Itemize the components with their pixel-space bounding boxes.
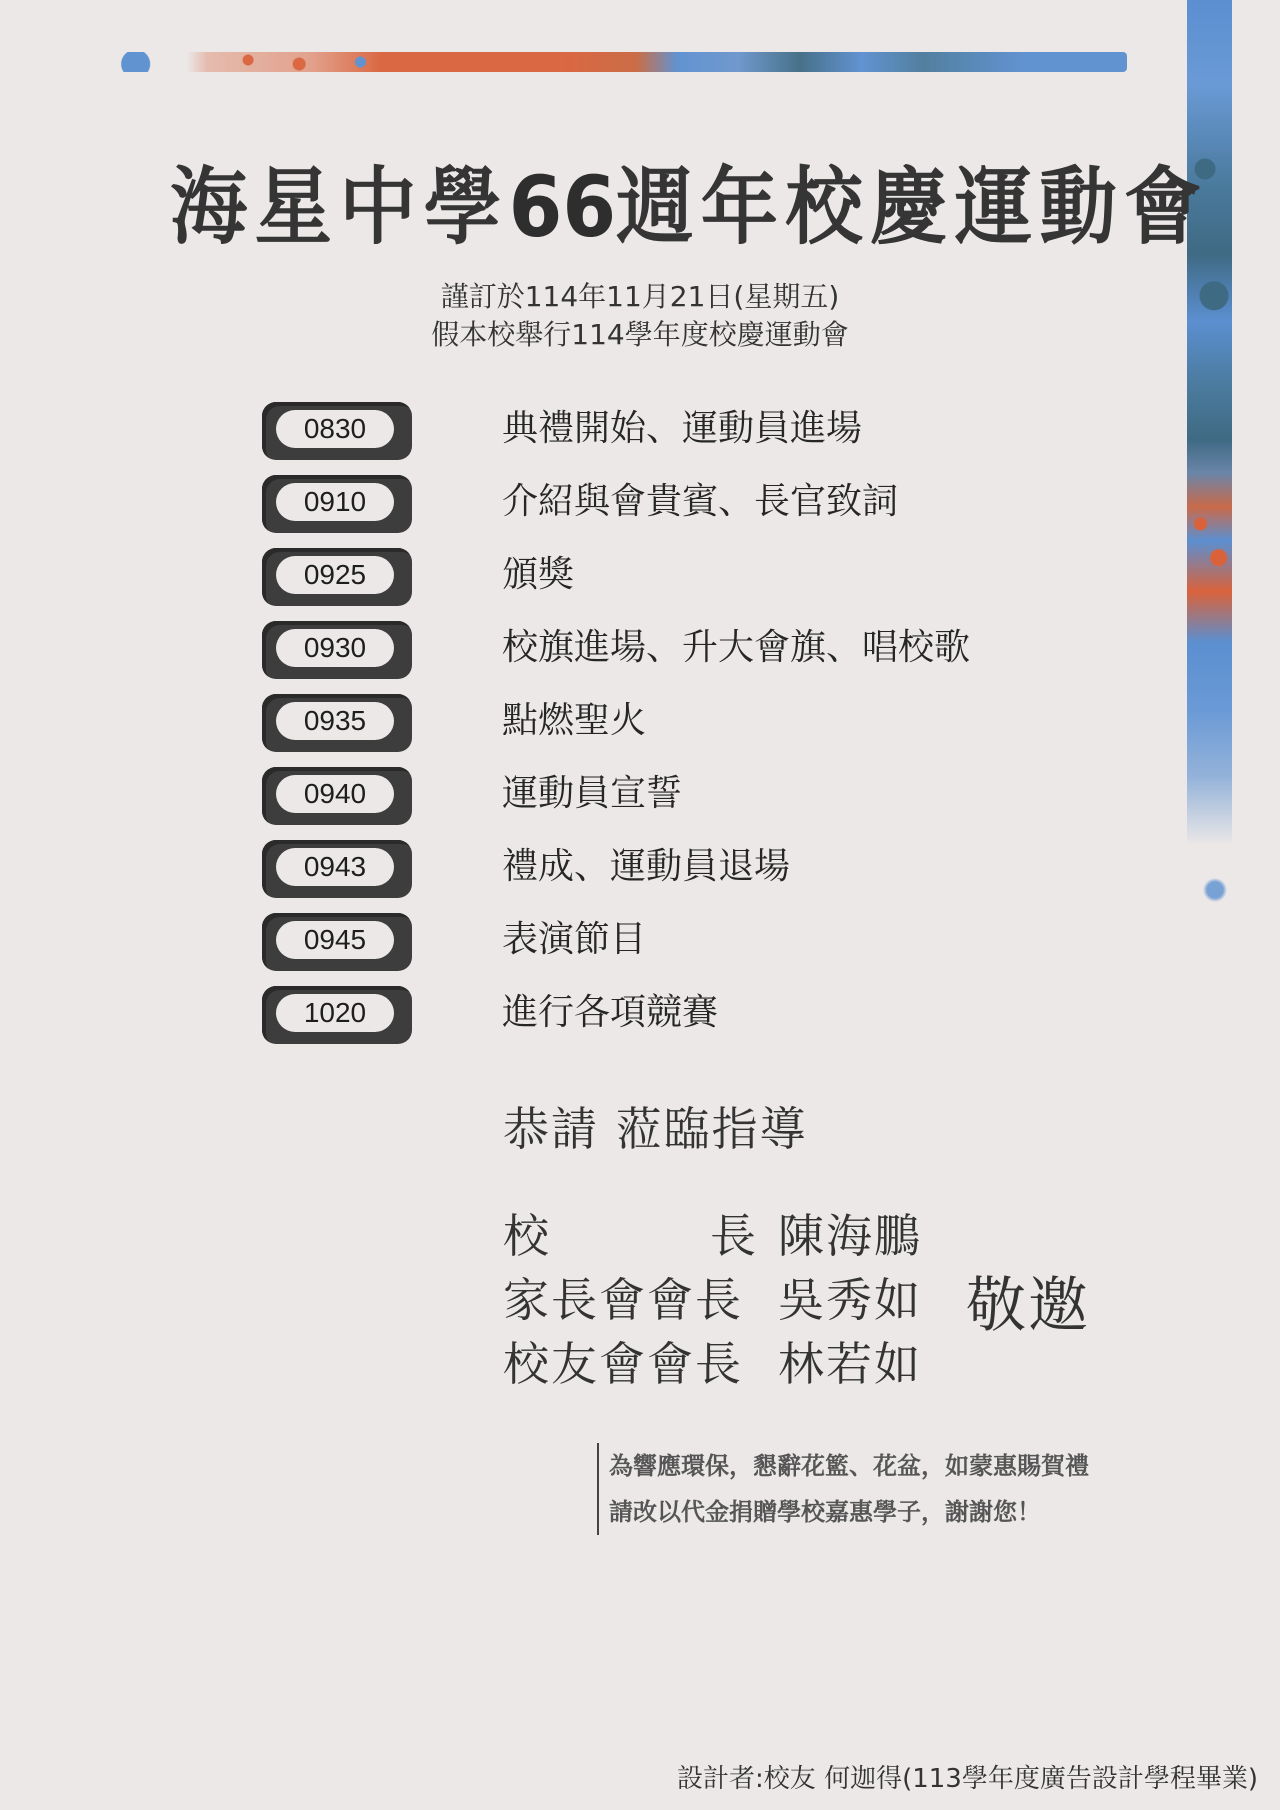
- host-role: 校友會會長: [503, 1328, 758, 1394]
- host-role: 家長會會長: [503, 1264, 758, 1330]
- time-badge: 1020: [262, 986, 412, 1044]
- time-badge: 0830: [262, 402, 412, 460]
- subtitle-date: 謹訂於114年11月21日(星期五): [0, 278, 1280, 316]
- event-label: 校旗進場、升大會旗、唱校歌: [502, 623, 970, 673]
- title-prefix: 海星中學: [170, 157, 509, 256]
- time-badge: 0945: [262, 913, 412, 971]
- time-label: 0940: [276, 775, 394, 813]
- event-label: 介紹與會貴賓、長官致詞: [502, 477, 898, 527]
- note-line: 為響應環保，懇辭花籃、花盆，如蒙惠賜賀禮: [609, 1443, 1089, 1489]
- time-badge: 0943: [262, 840, 412, 898]
- host-role-first: 校: [503, 1200, 551, 1266]
- subtitle-venue: 假本校舉行114學年度校慶運動會: [0, 316, 1280, 354]
- designer-credit: 設計者:校友 何迦得(113學年度廣告設計學程畢業): [677, 1758, 1258, 1795]
- event-label: 頒獎: [502, 550, 574, 600]
- host-name: 吳秀如: [778, 1264, 922, 1330]
- time-badge: 0940: [262, 767, 412, 825]
- host-role: 校 長: [503, 1200, 758, 1266]
- event-label: 運動員宣誓: [502, 769, 682, 819]
- time-label: 0945: [276, 921, 394, 959]
- top-splatter-bar: [105, 52, 1127, 72]
- time-label: 0943: [276, 848, 394, 886]
- time-label: 0935: [276, 702, 394, 740]
- host-role-last: 長: [710, 1200, 758, 1266]
- right-splatter-fragment: [1200, 870, 1230, 910]
- regards-label: 敬邀: [966, 1258, 1090, 1344]
- event-label: 點燃聖火: [502, 696, 646, 746]
- right-splatter-bar: [1187, 0, 1232, 845]
- time-label: 1020: [276, 994, 394, 1032]
- host-name: 陳海鵬: [778, 1200, 922, 1266]
- time-label: 0910: [276, 483, 394, 521]
- page-title: 海星中學66週年校慶運動會: [170, 140, 1035, 261]
- event-label: 典禮開始、運動員進場: [502, 404, 862, 454]
- event-label: 表演節目: [502, 915, 646, 965]
- event-label: 進行各項競賽: [502, 988, 718, 1038]
- time-badge: 0930: [262, 621, 412, 679]
- time-badge: 0925: [262, 548, 412, 606]
- time-label: 0930: [276, 629, 394, 667]
- time-label: 0925: [276, 556, 394, 594]
- time-badge: 0910: [262, 475, 412, 533]
- event-label: 禮成、運動員退場: [502, 842, 790, 892]
- time-label: 0830: [276, 410, 394, 448]
- title-number: 66: [509, 158, 617, 256]
- eco-note: 為響應環保，懇辭花籃、花盆，如蒙惠賜賀禮 請改以代金捐贈學校嘉惠學子，謝謝您！: [597, 1443, 1089, 1535]
- host-name: 林若如: [778, 1328, 922, 1394]
- time-badge: 0935: [262, 694, 412, 752]
- note-line: 請改以代金捐贈學校嘉惠學子，謝謝您！: [609, 1489, 1089, 1535]
- title-suffix: 週年校慶運動會: [616, 157, 1208, 256]
- invitation-line: 恭請 蒞臨指導: [503, 1093, 808, 1159]
